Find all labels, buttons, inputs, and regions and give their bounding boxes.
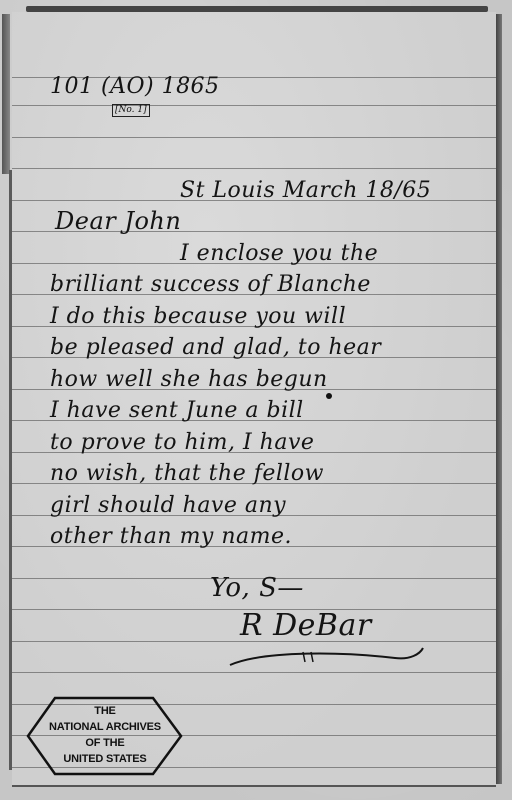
dateline: St Louis March 18/65: [180, 178, 431, 204]
rule-line: [12, 672, 496, 673]
rule-line: [12, 105, 496, 106]
paper-right-edge: [496, 14, 502, 784]
body-line-4: be pleased and glad, to hear: [50, 335, 381, 361]
body-line-1: I enclose you the: [180, 241, 378, 267]
stamp-line-1: THE: [25, 703, 185, 719]
docket-number: 101 (AO) 1865: [50, 74, 220, 99]
national-archives-stamp: THE NATIONAL ARCHIVES OF THE UNITED STAT…: [25, 695, 185, 777]
signature: R DeBar: [240, 608, 372, 643]
salutation: Dear John: [55, 208, 181, 234]
body-line-7: to prove to him, I have: [50, 430, 314, 456]
docket-sub-label: [No. 1]: [112, 104, 150, 117]
body-line-9: girl should have any: [50, 493, 286, 519]
rule-line: [12, 137, 496, 138]
rule-line: [12, 168, 496, 169]
body-line-8: no wish, that the fellow: [50, 461, 324, 487]
body-line-6: I have sent June a bill: [50, 398, 304, 424]
body-line-5: how well she has begun: [50, 367, 328, 393]
closing: Yo, S—: [210, 575, 304, 601]
stamp-line-2: NATIONAL ARCHIVES: [25, 719, 185, 735]
paper-left-edge: [2, 14, 10, 174]
body-line-10: other than my name.: [50, 524, 292, 550]
body-line-3: I do this because you will: [50, 304, 346, 330]
ink-blot: [326, 393, 332, 399]
signature-flourish: [225, 640, 425, 670]
stamp-line-4: UNITED STATES: [25, 751, 185, 767]
body-line-2: brilliant success of Blanche: [50, 272, 371, 298]
stamp-line-3: OF THE: [25, 735, 185, 751]
stamp-text: THE NATIONAL ARCHIVES OF THE UNITED STAT…: [25, 703, 185, 767]
